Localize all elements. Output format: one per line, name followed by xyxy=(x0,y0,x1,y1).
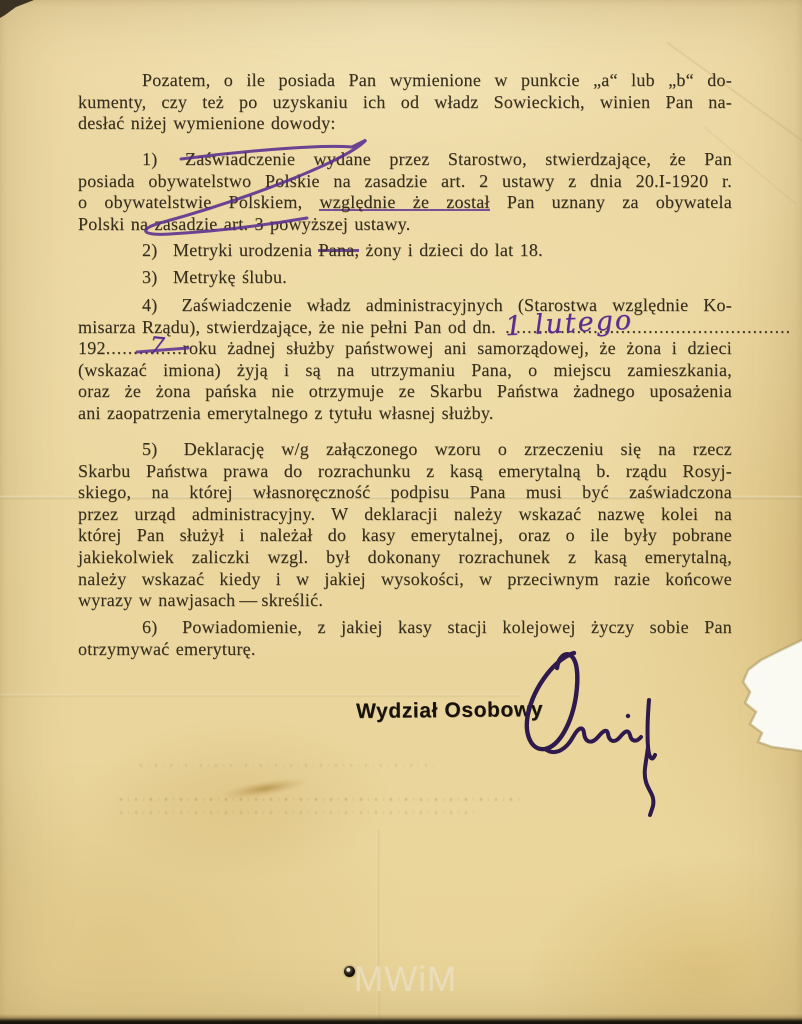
document-line: należy wskazać kiedy i w jakiej wysokośc… xyxy=(78,569,732,591)
document-line: posiada obywatelstwo Polskie na zasadzie… xyxy=(78,171,732,193)
list-item-1: 1) Zaświadczenie wydane przez Starostwo,… xyxy=(78,149,732,235)
paper-bottom-edge xyxy=(0,1014,802,1024)
text-segment: o obywatelstwie Polskiem, xyxy=(78,192,319,212)
text-segment: misarza Rządu), stwierdzające, że nie pe… xyxy=(78,317,505,337)
stamp-wydzial-osobowy: Wydział Osobowy xyxy=(356,698,543,724)
document-line: 5) Deklarację w/g załączonego wzoru o zr… xyxy=(78,439,732,461)
document-line: skiego, na której własnoręczność podpisu… xyxy=(78,482,732,504)
text-segment: roku żadnej służby państwowej ani samorz… xyxy=(183,338,732,358)
intro-paragraph: Pozatem, o ile posiada Pan wymienione w … xyxy=(78,70,732,135)
document-line: 3) Metrykę ślubu. xyxy=(78,267,732,289)
bleedthrough-text-trace xyxy=(140,764,440,767)
document-line: Skarbu Państwa prawa do rozrachunku z ka… xyxy=(78,461,732,483)
bleedthrough-text-trace xyxy=(120,811,480,814)
fold-crease-horizontal-2 xyxy=(0,694,520,697)
text-segment: 2) Metryki urodzenia xyxy=(142,240,318,260)
text-segment: żony i dzieci do lat 18. xyxy=(359,240,543,260)
document-line: kumenty, czy też po uzyskaniu ich od wła… xyxy=(78,92,732,114)
document-line: oraz że żona pańska nie otrzymuje ze Ska… xyxy=(78,381,732,403)
list-item-6: 6) Powiadomienie, z jakiej kasy stacji k… xyxy=(78,617,732,660)
text-segment: Pan uznany za obywatela xyxy=(490,192,732,212)
document-line: 4) Zaświadczenie władz administracyjnych… xyxy=(78,295,732,317)
document-line: wyrazy w nawjasach — skreślić. xyxy=(78,590,732,612)
document-line: 1) Zaświadczenie wydane przez Starostwo,… xyxy=(78,149,732,171)
document-line: 2) Metryki urodzenia Pana, żony i dzieci… xyxy=(78,240,732,262)
signature xyxy=(527,653,655,815)
document-line: desłać niżej wymienione dowody: xyxy=(78,113,732,135)
list-item-4: 4) Zaświadczenie władz administracyjnych… xyxy=(78,295,732,425)
handwritten-year-digit: 7 xyxy=(148,331,166,360)
document-line: 192..............roku żadnej służby pańs… xyxy=(78,338,732,360)
document-line: Pozatem, o ile posiada Pan wymienione w … xyxy=(78,70,732,92)
document-line: ani zaopatrzenia emerytalnego z tytułu w… xyxy=(78,403,732,425)
document-line: otrzymywać emeryturę. xyxy=(78,639,732,661)
torn-edge xyxy=(743,640,802,751)
bleedthrough-text-trace xyxy=(120,798,520,801)
document-line-with-dotted-blank: misarza Rządu), stwierdzające, że nie pe… xyxy=(78,317,792,339)
list-item-2: 2) Metryki urodzenia Pana, żony i dzieci… xyxy=(78,240,732,262)
document-line: (wskazać imiona) żyją i są na utrzymaniu… xyxy=(78,360,732,382)
document-line: Polski na zasadzie art. 3 powyższej usta… xyxy=(78,214,732,236)
pen-underlined-text: względnie że został xyxy=(319,192,489,212)
text-segment: 192 xyxy=(78,338,106,358)
watermark: MWiM xyxy=(354,960,457,1000)
document-line: o obywatelstwie Polskiem, względnie że z… xyxy=(78,192,732,214)
list-item-3: 3) Metrykę ślubu. xyxy=(78,267,732,289)
document-line: 6) Powiadomienie, z jakiej kasy stacji k… xyxy=(78,617,732,639)
document-line: jakiekolwiek zaliczki wzgl. był dokonany… xyxy=(78,547,732,569)
document-line: której Pan służył i należał do kasy emer… xyxy=(78,525,732,547)
list-item-5: 5) Deklarację w/g załączonego wzoru o zr… xyxy=(78,439,732,612)
pen-struck-text: Pana, xyxy=(318,240,359,260)
dotted-blank: .............. xyxy=(106,338,183,358)
corner-dark-edge xyxy=(0,0,34,18)
document-page: Pozatem, o ile posiada Pan wymienione w … xyxy=(0,0,802,1024)
punch-hole xyxy=(344,966,355,977)
document-line: przez urząd administracyjny. W deklaracj… xyxy=(78,504,732,526)
